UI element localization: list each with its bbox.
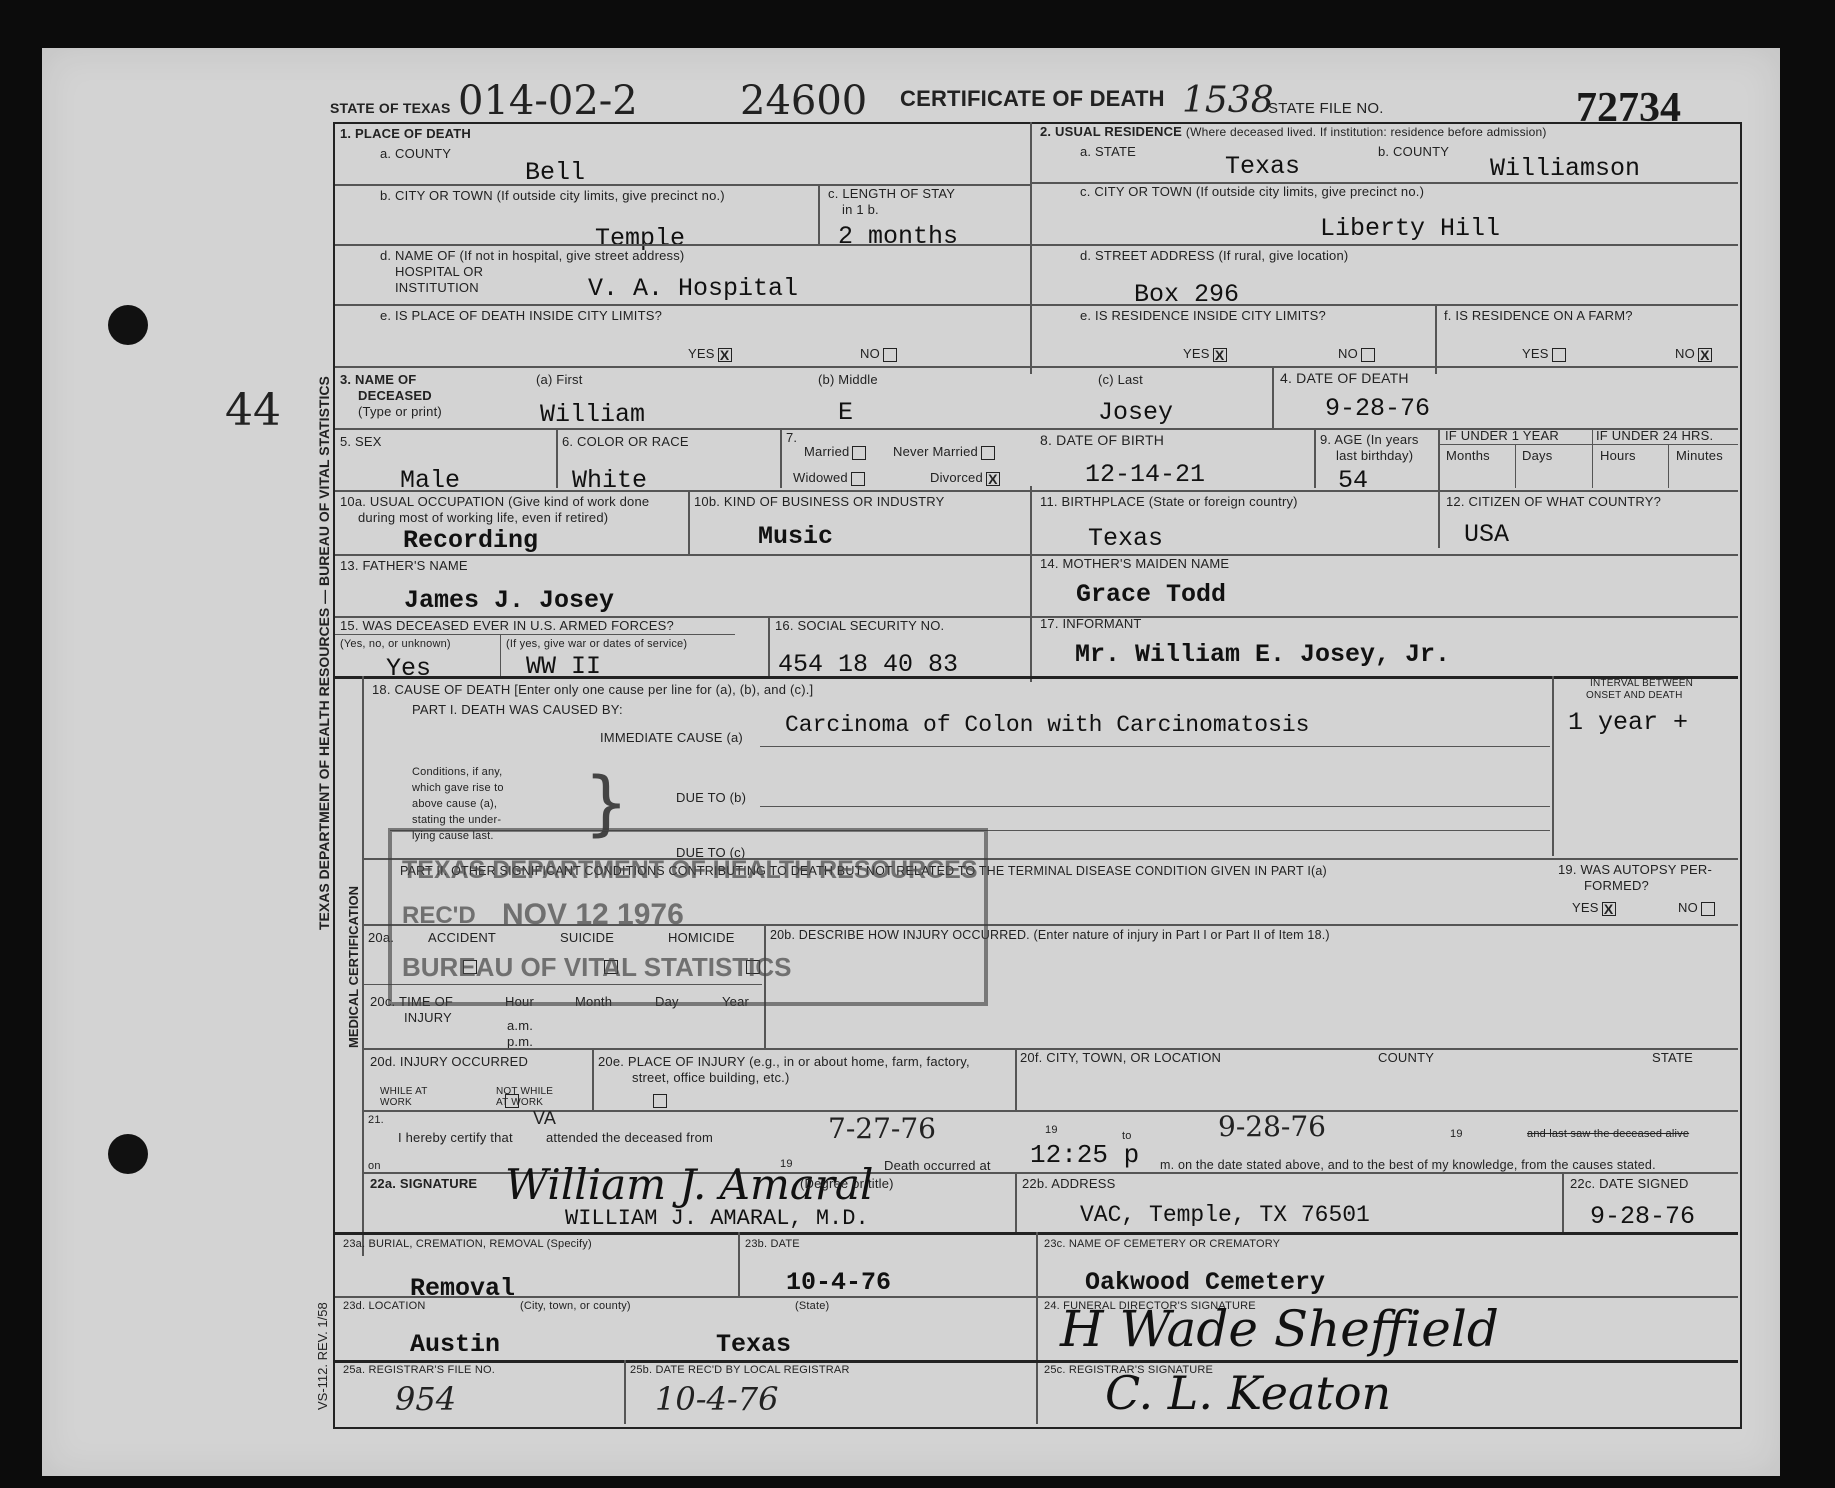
physician-name: WILLIAM J. AMARAL, M.D. — [565, 1206, 869, 1231]
stamp-department: TEXAS DEPARTMENT OF HEALTH RESOURCES — [402, 856, 978, 885]
occupation-label-2: during most of working life, even if ret… — [358, 510, 608, 525]
conditions-note-2: which gave rise to — [412, 782, 504, 794]
certify-va-overwrite: VA — [533, 1108, 556, 1129]
place-of-injury-label: 20e. PLACE OF INJURY (e.g., in or about … — [598, 1054, 970, 1069]
pm-label: p.m. — [507, 1034, 533, 1049]
am-label: a.m. — [507, 1018, 533, 1033]
age-label-2: last birthday) — [1336, 448, 1413, 463]
cemetery: Oakwood Cemetery — [1085, 1268, 1325, 1297]
checkbox-icon — [1701, 902, 1715, 916]
informant-label: 17. INFORMANT — [1040, 616, 1142, 631]
checkbox-icon — [851, 472, 865, 486]
checkbox-icon — [883, 348, 897, 362]
months-label: Months — [1446, 448, 1490, 463]
reg-date: 10-4-76 — [655, 1380, 778, 1418]
informant: Mr. William E. Josey, Jr. — [1075, 640, 1450, 669]
under-24-label: IF UNDER 24 HRS. — [1596, 428, 1713, 443]
part1-label: PART I. DEATH WAS CAUSED BY: — [412, 702, 623, 717]
last-name: Josey — [1098, 398, 1173, 427]
certify-text: I hereby certify that — [398, 1130, 513, 1145]
dob-label: 8. DATE OF BIRTH — [1040, 432, 1164, 448]
margin-note: 44 — [225, 385, 281, 436]
certify-text-2: attended the deceased from — [546, 1130, 713, 1145]
mother-name: Grace Todd — [1076, 580, 1226, 609]
res-inside-city-yes[interactable]: YESX — [1183, 346, 1227, 362]
signature-label: 22a. SIGNATURE — [370, 1176, 477, 1191]
marital-label: 7. — [786, 430, 797, 445]
stamp-date: NOV 12 1976 — [502, 898, 684, 932]
injury-county-label: COUNTY — [1378, 1050, 1434, 1065]
dod-label: 4. DATE OF DEATH — [1280, 370, 1409, 386]
conditions-note-4: stating the under- — [412, 814, 501, 826]
time-of-death: 12:25 p — [1030, 1140, 1139, 1170]
location-label: 23d. LOCATION — [343, 1300, 425, 1312]
place-of-death-section: 1. PLACE OF DEATH — [340, 126, 471, 141]
days-label: Days — [1522, 448, 1552, 463]
certification-num: 21. — [368, 1114, 384, 1126]
birthplace-label: 11. BIRTHPLACE (State or foreign country… — [1040, 494, 1298, 509]
occupation: Recording — [403, 526, 538, 555]
reg-file-no: 954 — [395, 1380, 456, 1418]
disposition-state: Texas — [716, 1330, 791, 1359]
res-inside-city-label: e. IS RESIDENCE INSIDE CITY LIMITS? — [1080, 308, 1326, 323]
sex-label: 5. SEX — [340, 434, 382, 449]
registrar-signature: C. L. Keaton — [1105, 1366, 1391, 1420]
widowed-checkbox[interactable]: Widowed — [793, 470, 865, 486]
cause-of-death-label: 18. CAUSE OF DEATH [Enter only one cause… — [372, 682, 813, 697]
last-label: (c) Last — [1098, 372, 1143, 387]
autopsy-no[interactable]: NO — [1678, 900, 1715, 916]
res-county-label: b. COUNTY — [1378, 144, 1449, 159]
not-while-at-work-checkbox[interactable] — [653, 1094, 667, 1108]
attended-from: 7-27-76 — [828, 1112, 936, 1145]
injury-state-label: STATE — [1652, 1050, 1693, 1065]
death-occurred-label: Death occurred at — [884, 1158, 991, 1173]
res-county: Williamson — [1490, 154, 1640, 183]
physician-address: VAC, Temple, TX 76501 — [1080, 1202, 1370, 1228]
burial-date: 10-4-76 — [786, 1268, 891, 1297]
conditions-note: Conditions, if any, — [412, 766, 502, 778]
attended-to: 9-28-76 — [1218, 1110, 1326, 1143]
middle-label: (b) Middle — [818, 372, 878, 387]
farm-no[interactable]: NOX — [1675, 346, 1712, 362]
vertical-department-text: TEXAS DEPARTMENT OF HEALTH RESOURCES — B… — [316, 376, 332, 930]
punch-hole — [108, 305, 148, 345]
address-label: 22b. ADDRESS — [1022, 1176, 1115, 1191]
date-signed: 9-28-76 — [1590, 1202, 1695, 1231]
death-inside-city-no[interactable]: NO — [860, 346, 897, 362]
place-of-injury-label-2: street, office building, etc.) — [632, 1070, 790, 1085]
form-revision: VS-112. REV. 1/58 — [315, 1302, 330, 1410]
death-county: Bell — [525, 158, 585, 187]
nineteen-label-2: 19 — [1450, 1128, 1463, 1140]
farm-yes[interactable]: YES — [1522, 346, 1566, 362]
checkbox-icon — [1361, 348, 1375, 362]
certificate-title: CERTIFICATE OF DEATH — [900, 86, 1165, 112]
divorced-checkbox[interactable]: DivorcedX — [930, 470, 1000, 486]
checkbox-icon: X — [1698, 348, 1712, 362]
time-of-injury-label-2: INJURY — [404, 1010, 452, 1025]
location-sub-label: (City, town, or county) — [520, 1300, 631, 1312]
mother-label: 14. MOTHER'S MAIDEN NAME — [1040, 556, 1229, 571]
name-label: 3. NAME OF — [340, 372, 416, 387]
length-of-stay: 2 months — [838, 222, 958, 251]
hospital-label-3: INSTITUTION — [395, 280, 479, 295]
first-label: (a) First — [536, 372, 583, 387]
interval-label-2: ONSET AND DEATH — [1586, 690, 1683, 701]
res-state: Texas — [1225, 152, 1300, 181]
residence-section: 2. USUAL RESIDENCE (Where deceased lived… — [1040, 124, 1547, 139]
reg-file-label: 25a. REGISTRAR'S FILE NO. — [343, 1364, 495, 1376]
citizen: USA — [1464, 520, 1509, 549]
injury-occurred-label: 20d. INJURY OCCURRED — [370, 1054, 528, 1069]
date-signed-label: 22c. DATE SIGNED — [1570, 1176, 1689, 1191]
first-name: William — [540, 400, 645, 429]
middle-name: E — [838, 398, 853, 427]
reg-date-label: 25b. DATE REC'D BY LOCAL REGISTRAR — [630, 1364, 850, 1376]
hospital-label: d. NAME OF (If not in hospital, give str… — [380, 248, 684, 263]
checkbox-icon: X — [718, 348, 732, 362]
res-city: Liberty Hill — [1320, 214, 1500, 243]
armed-sub1: (Yes, no, or unknown) — [340, 638, 451, 650]
checkbox-icon: X — [1602, 902, 1616, 916]
race-label: 6. COLOR OR RACE — [562, 434, 689, 449]
checkbox-icon: X — [986, 472, 1000, 486]
farm-label: f. IS RESIDENCE ON A FARM? — [1444, 308, 1633, 323]
funeral-director-signature: H Wade Sheffield — [1060, 1300, 1499, 1358]
occupation-label: 10a. USUAL OCCUPATION (Give kind of work… — [340, 494, 649, 509]
business: Music — [758, 522, 833, 551]
stay-label-2: in 1 b. — [842, 202, 879, 217]
while-at-work-label: WHILE AT WORK — [380, 1086, 440, 1108]
ssn-label: 16. SOCIAL SECURITY NO. — [775, 618, 944, 633]
business-label: 10b. KIND OF BUSINESS OR INDUSTRY — [694, 494, 945, 509]
disposition-city: Austin — [410, 1330, 500, 1359]
birthplace: Texas — [1088, 524, 1163, 553]
received-stamp: TEXAS DEPARTMENT OF HEALTH RESOURCES REC… — [388, 828, 988, 1006]
handwritten-538: 1538 — [1182, 80, 1274, 121]
state-file-label: STATE FILE NO. — [1268, 100, 1384, 117]
checkbox-icon — [1552, 348, 1566, 362]
degree-label: (Degree or title) — [800, 1176, 894, 1191]
checkbox-icon: X — [1213, 348, 1227, 362]
punch-hole — [108, 1134, 148, 1174]
state-sub-label: (State) — [795, 1300, 829, 1312]
minutes-label: Minutes — [1676, 448, 1723, 463]
injury-city-label: 20f. CITY, TOWN, OR LOCATION — [1020, 1050, 1221, 1065]
never-married-checkbox[interactable]: Never Married — [893, 444, 995, 460]
autopsy-yes[interactable]: YESX — [1572, 900, 1616, 916]
name-label-3: (Type or print) — [358, 404, 442, 419]
conditions-note-3: above cause (a), — [412, 798, 497, 810]
res-state-label: a. STATE — [1080, 144, 1136, 159]
age-label: 9. AGE (In years — [1320, 432, 1419, 447]
death-inside-city-yes[interactable]: YESX — [688, 346, 732, 362]
social-security-no: 454 18 40 83 — [778, 650, 958, 679]
burial-type: Removal — [410, 1274, 515, 1303]
res-inside-city-no[interactable]: NO — [1338, 346, 1375, 362]
hospital-label-2: HOSPITAL OR — [395, 264, 483, 279]
res-street-label: d. STREET ADDRESS (If rural, give locati… — [1080, 248, 1348, 263]
burial-label: 23a. BURIAL, CREMATION, REMOVAL (Specify… — [343, 1238, 592, 1250]
hospital-name: V. A. Hospital — [588, 274, 798, 303]
checkbox-icon — [852, 446, 866, 460]
date-of-birth: 12-14-21 — [1085, 460, 1205, 489]
last-saw-text: and last saw the deceased alive — [1527, 1128, 1689, 1140]
interval: 1 year + — [1568, 708, 1688, 737]
stay-label: c. LENGTH OF STAY — [828, 186, 955, 201]
certify-tail: m. on the date stated above, and to the … — [1160, 1158, 1656, 1172]
on-label: on — [368, 1160, 381, 1172]
burial-date-label: 23b. DATE — [745, 1238, 800, 1250]
stamp-bureau: BUREAU OF VITAL STATISTICS — [402, 952, 792, 983]
armed-forces-label: 15. WAS DECEASED EVER IN U.S. ARMED FORC… — [340, 618, 674, 633]
inside-city-label: e. IS PLACE OF DEATH INSIDE CITY LIMITS? — [380, 308, 662, 323]
not-while-at-work-label: NOT WHILE AT WORK — [496, 1086, 562, 1108]
date-of-death: 9-28-76 — [1325, 394, 1430, 423]
autopsy-label: 19. WAS AUTOPSY PER- — [1558, 862, 1712, 877]
checkbox-icon — [981, 446, 995, 460]
due-to-b-label: DUE TO (b) — [676, 790, 746, 805]
res-city-label: c. CITY OR TOWN (If outside city limits,… — [1080, 184, 1424, 199]
citizen-label: 12. CITIZEN OF WHAT COUNTRY? — [1446, 494, 1661, 509]
immediate-cause: Carcinoma of Colon with Carcinomatosis — [785, 712, 1310, 738]
cemetery-label: 23c. NAME OF CEMETERY OR CREMATORY — [1044, 1238, 1280, 1250]
immediate-cause-label: IMMEDIATE CAUSE (a) — [600, 730, 743, 745]
married-checkbox[interactable]: Married — [804, 444, 866, 460]
stamp-recd: REC'D — [402, 902, 476, 930]
interval-label: INTERVAL BETWEEN — [1590, 678, 1693, 689]
under-year-label: IF UNDER 1 YEAR — [1445, 428, 1559, 443]
nineteen-label: 19 — [1045, 1124, 1058, 1136]
name-label-2: DECEASED — [358, 388, 432, 403]
hours-label: Hours — [1600, 448, 1636, 463]
father-name: James J. Josey — [404, 586, 614, 615]
father-label: 13. FATHER'S NAME — [340, 558, 468, 573]
handwritten-number: 24600 — [740, 78, 867, 124]
handwritten-code: 014-02-2 — [458, 78, 638, 124]
state-of-texas-label: STATE OF TEXAS — [330, 100, 451, 116]
autopsy-label-2: FORMED? — [1584, 878, 1649, 893]
county-label: a. COUNTY — [380, 146, 451, 161]
armed-sub2: (If yes, give war or dates of service) — [506, 638, 687, 650]
city-label: b. CITY OR TOWN (If outside city limits,… — [380, 188, 725, 203]
